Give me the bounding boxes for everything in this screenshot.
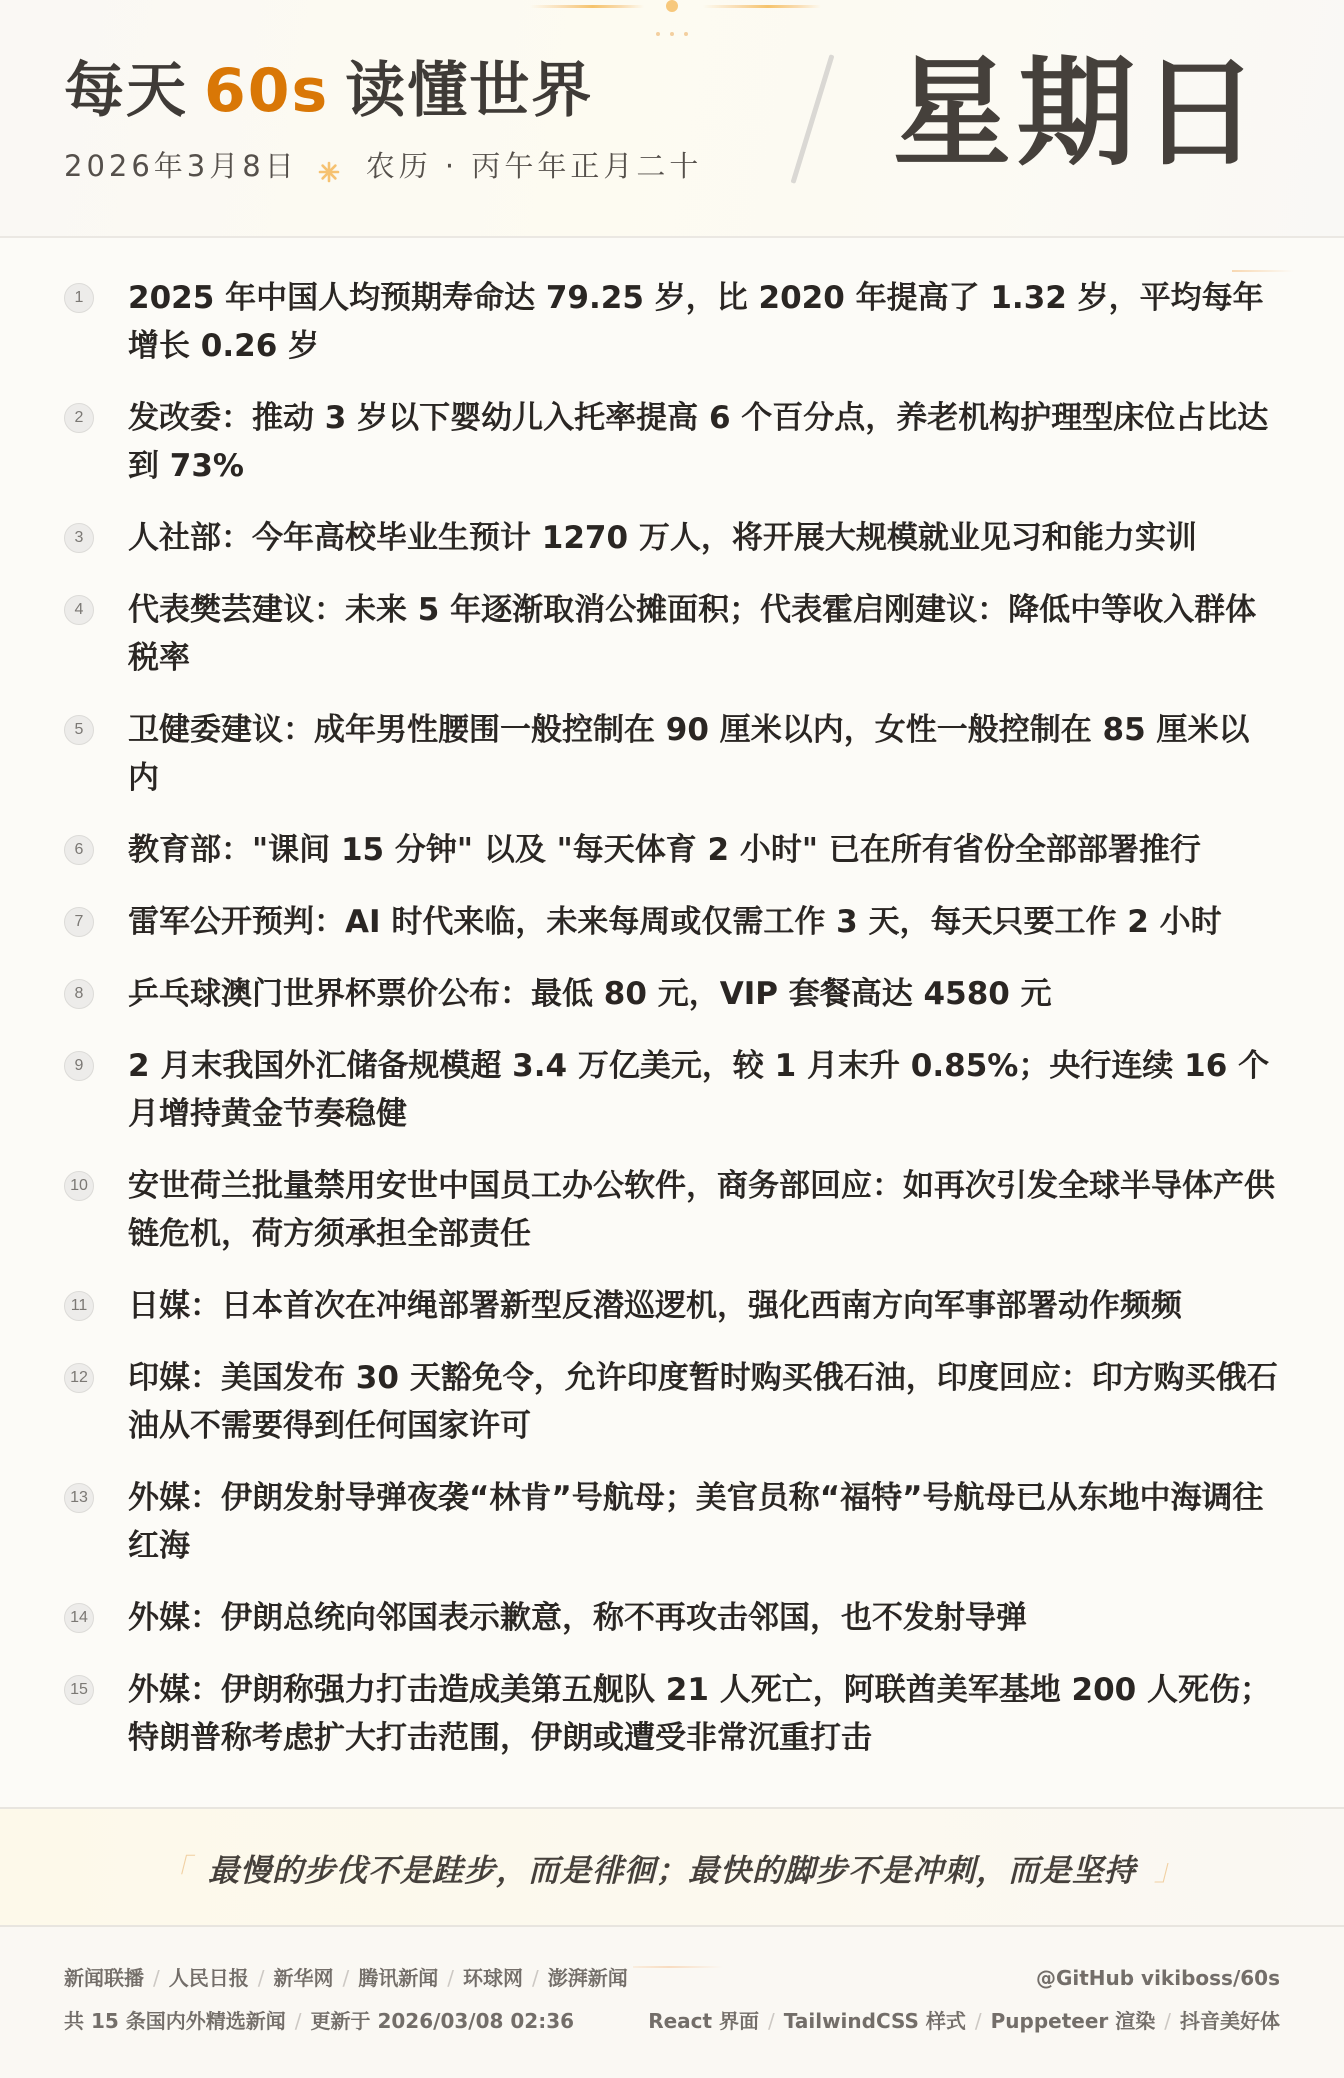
item-number-badge: 13 [64, 1483, 94, 1513]
decoration-dot [670, 32, 674, 36]
title-suffix: 读懂世界 [345, 56, 593, 126]
gregorian-date: 2026年3月8日 [64, 148, 298, 184]
separator: / [258, 1965, 265, 1991]
item-number-badge: 10 [64, 1171, 94, 1201]
separator: / [1164, 2008, 1171, 2034]
tech-label: TailwindCSS 样式 [784, 2008, 966, 2034]
news-text: 雷军公开预判：AI 时代来临，未来每周或仅需工作 3 天，每天只要工作 2 小时 [128, 898, 1280, 946]
news-item: 13外媒：伊朗发射导弹夜袭“林肯”号航母；美官员称“福特”号航母已从东地中海调往… [64, 1474, 1280, 1570]
title-highlight: 60s [204, 56, 329, 126]
news-text: 外媒：伊朗总统向邻国表示歉意，称不再攻击邻国，也不发射导弹 [128, 1594, 1280, 1642]
news-item: 14外媒：伊朗总统向邻国表示歉意，称不再攻击邻国，也不发射导弹 [64, 1594, 1280, 1642]
source-label: 环球网 [463, 1965, 523, 1991]
news-item: 4代表樊芸建议：未来 5 年逐渐取消公摊面积；代表霍启刚建议：降低中等收入群体税… [64, 586, 1280, 682]
news-text: 外媒：伊朗发射导弹夜袭“林肯”号航母；美官员称“福特”号航母已从东地中海调往红海 [128, 1474, 1280, 1570]
news-item: 11日媒：日本首次在冲绳部署新型反潜巡逻机，强化西南方向军事部署动作频频 [64, 1282, 1280, 1330]
github-credit: @GitHub vikiboss/60s [1036, 1965, 1280, 1991]
item-number-badge: 2 [64, 403, 94, 433]
tech-stack: React 界面 / TailwindCSS 样式 / Puppeteer 渲染… [648, 2008, 1280, 2034]
news-text: 乒乓球澳门世界杯票价公布：最低 80 元，VIP 套餐高达 4580 元 [128, 970, 1280, 1018]
page-footer: 新闻联播 / 人民日报 / 新华网 / 腾讯新闻 / 环球网 / 澎湃新闻 @G… [0, 1927, 1344, 2078]
separator: / [295, 2008, 302, 2034]
tech-label: Puppeteer 渲染 [991, 2008, 1156, 2034]
news-item: 3人社部：今年高校毕业生预计 1270 万人，将开展大规模就业见习和能力实训 [64, 514, 1280, 562]
source-label: 腾讯新闻 [358, 1965, 438, 1991]
news-text: 安世荷兰批量禁用安世中国员工办公软件，商务部回应：如再次引发全球半导体产供链危机… [128, 1162, 1280, 1258]
update-time: 更新于 2026/03/08 02:36 [311, 2008, 575, 2034]
quote-close-bracket: 」 [1154, 1845, 1184, 1889]
news-text: 印媒：美国发布 30 天豁免令，允许印度暂时购买俄石油，印度回应：印方购买俄石油… [128, 1354, 1280, 1450]
item-number-badge: 1 [64, 283, 94, 313]
item-number-badge: 8 [64, 979, 94, 1009]
news-summary: 共 15 条国内外精选新闻 / 更新于 2026/03/08 02:36 [64, 2008, 574, 2034]
top-decoration-dot [666, 0, 678, 12]
quote-text: 最慢的步伐不是跬步，而是徘徊；最快的脚步不是冲刺，而是坚持 [208, 1845, 1136, 1890]
news-text: 2025 年中国人均预期寿命达 79.25 岁，比 2020 年提高了 1.32… [128, 274, 1280, 370]
item-number-badge: 3 [64, 523, 94, 553]
item-number-badge: 14 [64, 1603, 94, 1633]
source-label: 新华网 [274, 1965, 334, 1991]
news-text: 2 月末我国外汇储备规模超 3.4 万亿美元，较 1 月末升 0.85%；央行连… [128, 1042, 1280, 1138]
news-item: 92 月末我国外汇储备规模超 3.4 万亿美元，较 1 月末升 0.85%；央行… [64, 1042, 1280, 1138]
separator: / [532, 1965, 539, 1991]
news-text: 发改委：推动 3 岁以下婴幼儿入托率提高 6 个百分点，养老机构护理型床位占比达… [128, 394, 1280, 490]
item-number-badge: 5 [64, 715, 94, 745]
news-count: 共 15 条国内外精选新闻 [64, 2008, 286, 2034]
news-item: 2发改委：推动 3 岁以下婴幼儿入托率提高 6 个百分点，养老机构护理型床位占比… [64, 394, 1280, 490]
page-header: 每天60s读懂世界 2026年3月8日 农历 · 丙午年正月二十 星期日 [0, 0, 1344, 238]
lunar-date: 农历 · 丙午年正月二十 [366, 148, 703, 184]
separator: / [768, 2008, 775, 2034]
quote-open-bracket: 「 [160, 1845, 190, 1889]
source-label: 新闻联播 [64, 1965, 144, 1991]
source-label: 澎湃新闻 [548, 1965, 628, 1991]
weekday-label: 星期日 [893, 52, 1265, 174]
content-decoration-line [1232, 270, 1294, 272]
news-text: 代表樊芸建议：未来 5 年逐渐取消公摊面积；代表霍启刚建议：降低中等收入群体税率 [128, 586, 1280, 682]
news-sources: 新闻联播 / 人民日报 / 新华网 / 腾讯新闻 / 环球网 / 澎湃新闻 [64, 1965, 628, 1991]
separator: / [153, 1965, 160, 1991]
daily-quote-banner: 「 最慢的步伐不是跬步，而是徘徊；最快的脚步不是冲刺，而是坚持 」 [0, 1807, 1344, 1927]
item-number-badge: 6 [64, 835, 94, 865]
separator: / [447, 1965, 454, 1991]
separator: / [975, 2008, 982, 2034]
page-title: 每天60s读懂世界 [64, 55, 593, 127]
item-number-badge: 15 [64, 1675, 94, 1705]
news-item: 12025 年中国人均预期寿命达 79.25 岁，比 2020 年提高了 1.3… [64, 274, 1280, 370]
item-number-badge: 11 [64, 1291, 94, 1321]
top-decoration-line-left [530, 5, 644, 8]
news-list: 12025 年中国人均预期寿命达 79.25 岁，比 2020 年提高了 1.3… [64, 274, 1280, 1786]
news-item: 12印媒：美国发布 30 天豁免令，允许印度暂时购买俄石油，印度回应：印方购买俄… [64, 1354, 1280, 1450]
source-label: 人民日报 [169, 1965, 249, 1991]
news-text: 卫健委建议：成年男性腰围一般控制在 90 厘米以内，女性一般控制在 85 厘米以… [128, 706, 1280, 802]
news-text: 外媒：伊朗称强力打击造成美第五舰队 21 人死亡，阿联酋美军基地 200 人死伤… [128, 1666, 1280, 1762]
github-handle: @GitHub vikiboss/60s [1036, 1965, 1280, 1991]
news-item: 7雷军公开预判：AI 时代来临，未来每周或仅需工作 3 天，每天只要工作 2 小… [64, 898, 1280, 946]
item-number-badge: 4 [64, 595, 94, 625]
item-number-badge: 9 [64, 1051, 94, 1081]
news-item: 8乒乓球澳门世界杯票价公布：最低 80 元，VIP 套餐高达 4580 元 [64, 970, 1280, 1018]
decoration-dot [656, 32, 660, 36]
news-text: 教育部："课间 15 分钟" 以及 "每天体育 2 小时" 已在所有省份全部部署… [128, 826, 1280, 874]
news-text: 人社部：今年高校毕业生预计 1270 万人，将开展大规模就业见习和能力实训 [128, 514, 1280, 562]
news-item: 10安世荷兰批量禁用安世中国员工办公软件，商务部回应：如再次引发全球半导体产供链… [64, 1162, 1280, 1258]
asterisk-icon [318, 155, 340, 177]
header-divider [791, 54, 835, 184]
separator: / [343, 1965, 350, 1991]
item-number-badge: 7 [64, 907, 94, 937]
title-prefix: 每天 [64, 56, 188, 126]
news-item: 6教育部："课间 15 分钟" 以及 "每天体育 2 小时" 已在所有省份全部部… [64, 826, 1280, 874]
news-text: 日媒：日本首次在冲绳部署新型反潜巡逻机，强化西南方向军事部署动作频频 [128, 1282, 1280, 1330]
tech-label: React 界面 [648, 2008, 759, 2034]
tech-label: 抖音美好体 [1180, 2008, 1280, 2034]
decoration-dot [684, 32, 688, 36]
date-line: 2026年3月8日 农历 · 丙午年正月二十 [64, 148, 702, 184]
item-number-badge: 12 [64, 1363, 94, 1393]
news-item: 5卫健委建议：成年男性腰围一般控制在 90 厘米以内，女性一般控制在 85 厘米… [64, 706, 1280, 802]
footer-decoration-line [633, 1966, 723, 1968]
news-item: 15外媒：伊朗称强力打击造成美第五舰队 21 人死亡，阿联酋美军基地 200 人… [64, 1666, 1280, 1762]
top-decoration-line-right [703, 5, 821, 8]
